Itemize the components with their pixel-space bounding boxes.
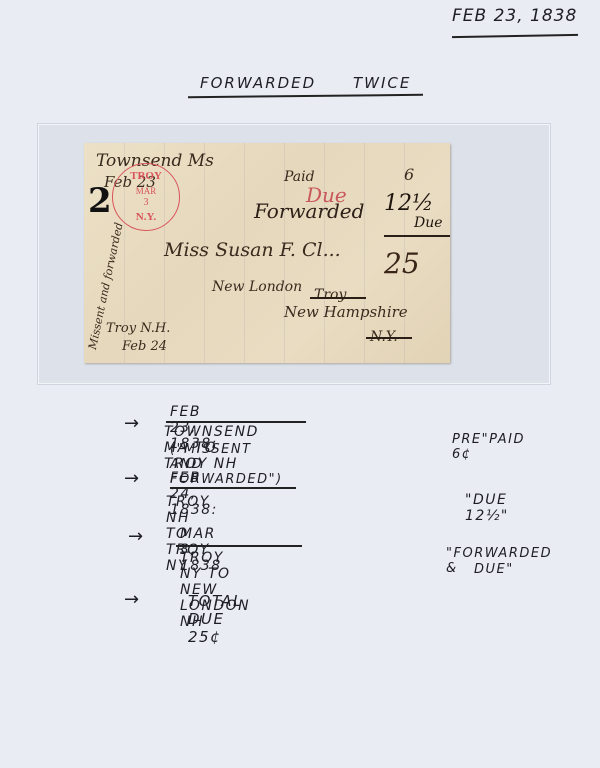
troy-ny-postmark: TROY MAR 3 N.Y. (112, 163, 180, 231)
due-label: Due (414, 215, 443, 231)
city: New London (212, 279, 302, 295)
note-underline (176, 545, 302, 547)
stampless-cover: Townsend Ms Feb 23 TROY MAR 3 N.Y. 2 Pai… (84, 143, 450, 363)
note-underline (170, 487, 296, 489)
struck-state: Troy (314, 287, 346, 303)
troy-transit: Troy N.H. (106, 321, 170, 336)
note-rate: "DUE 12½" (465, 492, 509, 524)
title-underline (188, 94, 423, 98)
arrow-icon: → (128, 526, 145, 547)
addressee: Miss Susan F. Cl... (164, 239, 341, 261)
rate-underline (384, 235, 450, 237)
page-date-heading: FEB 23, 1838 (452, 6, 577, 26)
state: New Hampshire (284, 303, 408, 321)
paid-rate: 6 (404, 165, 414, 184)
troy-date: Feb 24 (122, 339, 167, 354)
due-rate: 12½ (384, 191, 433, 216)
note-underline (166, 421, 306, 423)
page-title: FORWARDED TWICE (200, 74, 411, 92)
arrow-icon: → (124, 589, 141, 610)
title-forwarded: FORWARDED (200, 74, 316, 92)
note-rate-2: DUE" (474, 562, 514, 577)
title-twice: TWICE (353, 74, 411, 92)
forwarded-marking: Forwarded (254, 199, 364, 223)
arrow-icon: → (124, 413, 141, 434)
numeral-mark: 2 (88, 181, 112, 221)
note-rate: PRE"PAID 6¢ (452, 432, 525, 462)
total-due: TOTAL DUE 25¢ (188, 592, 243, 646)
strike-through (310, 297, 366, 299)
arrow-icon: → (124, 468, 141, 489)
date-underline (452, 34, 578, 38)
strike-through-2 (366, 337, 412, 339)
total-rate: 25 (384, 247, 420, 280)
